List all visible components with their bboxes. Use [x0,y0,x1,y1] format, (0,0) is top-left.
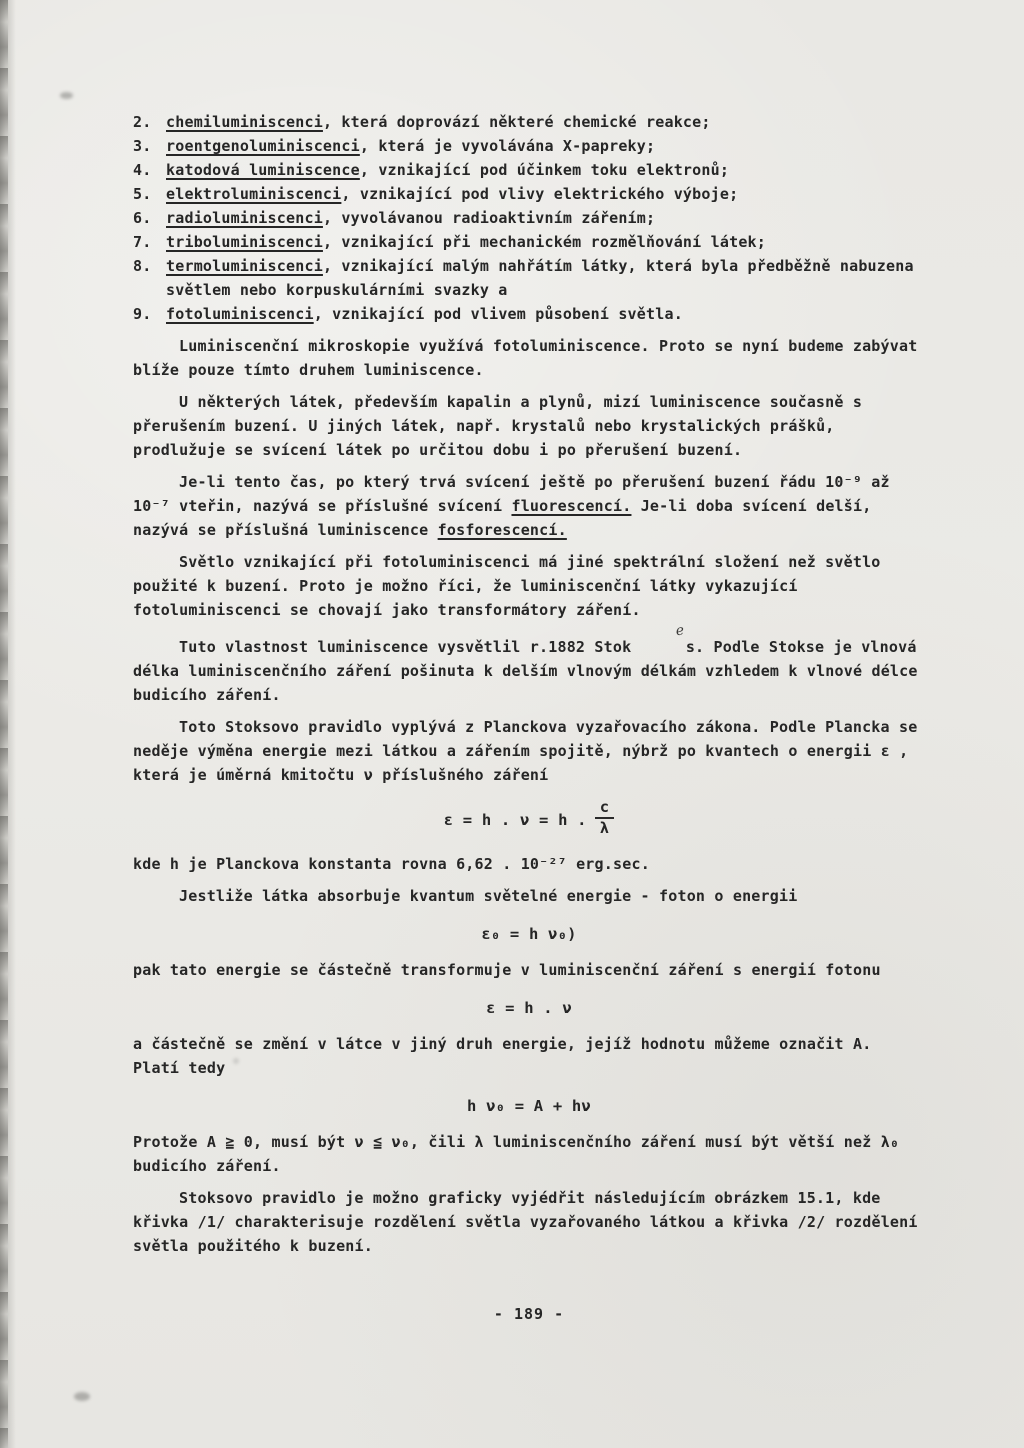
list-item-roentgenoluminescence: 3. roentgenoluminiscenci, která je vyvol… [133,134,925,158]
list-item-number: 8. [133,254,151,278]
list-item-term: termoluminiscenci [166,257,323,275]
paragraph-planck-constant: kde h je Planckova konstanta rovna 6,62 … [133,852,925,876]
list-item-thermoluminescence: 8. termoluminiscenci, vznikající malým n… [133,254,925,302]
list-item-electroluminescence: 5. elektroluminiscenci, vznikající pod v… [133,182,925,206]
document-content: 2. chemiluminiscenci, která doprovází ně… [133,110,925,1258]
list-item-number: 2. [133,110,151,134]
list-item-term: roentgenoluminiscenci [166,137,360,155]
paragraph-spectral-composition: Světlo vznikající při fotoluminiscenci m… [133,550,925,622]
fraction-c-over-lambda: cλ [595,799,615,838]
page-number: - 189 - [133,1305,925,1323]
list-item-term: chemiluminiscenci [166,113,323,131]
scan-smudge [60,92,73,99]
list-item-term: elektroluminiscenci [166,185,341,203]
list-item-photoluminescence: 9. fotoluminiscenci, vznikající pod vliv… [133,302,925,326]
list-item-text: , vznikající pod vlivem působení světla. [314,305,683,323]
list-item-number: 7. [133,230,151,254]
term-fluorescence: fluorescencí. [511,497,631,515]
paragraph-microscopy: Luminiscenční mikroskopie využívá fotolu… [133,334,925,382]
paragraph-line: a částečně se změní v látce v jiný druh … [133,1032,925,1056]
paragraph-fluorescence-phosphorescence: Je-li tento čas, po který trvá svícení j… [133,470,925,542]
fraction-numerator: c [595,799,615,817]
paragraph-segment: Tuto vlastnost luminiscence vysvětlil r.… [179,638,631,656]
list-item-term: fotoluminiscenci [166,305,314,323]
paragraph-energy-transform: pak tato energie se částečně transformuj… [133,958,925,982]
list-item-number: 6. [133,206,151,230]
paragraph-stokes-1882: Tuto vlastnost luminiscence vysvětlil r.… [133,630,925,707]
luminescence-type-list: 2. chemiluminiscenci, která doprovází ně… [133,110,925,326]
paragraph-other-energy: a částečně se změní v látce v jiný druh … [133,1032,925,1080]
formula-absorbed-photon: ε₀ = h ν₀) [133,922,925,946]
list-item-text: , vznikající při mechanickém rozmělňován… [323,233,766,251]
list-item-number: 9. [133,302,151,326]
list-item-term: radioluminiscenci [166,209,323,227]
list-item-term: katodová luminiscence [166,161,360,179]
list-item-triboluminescence: 7. triboluminiscenci, vznikající při mec… [133,230,925,254]
paragraph-planck-law: Toto Stoksovo pravidlo vyplývá z Plancko… [133,715,925,787]
paragraph-stokes-rule-graph: Stoksovo pravidlo je možno graficky vyjé… [133,1186,925,1258]
list-item-text: , vznikající pod účinkem toku elektronů; [360,161,729,179]
list-item-text: , která je vyvolávána X-papreky; [360,137,655,155]
formula-text: ε = h . ν = h . [444,811,587,829]
list-item-number: 3. [133,134,151,158]
list-item-number: 5. [133,182,151,206]
term-phosphorescence: fosforescencí. [438,521,567,539]
paragraph-wavelength-inequality: Protože A ≧ 0, musí být ν ≦ ν₀, čili λ l… [133,1130,925,1178]
list-item-text: , která doprovází některé chemické reakc… [323,113,711,131]
handwritten-correction: e [629,618,686,649]
formula-emitted-photon: ε = h . ν [133,996,925,1020]
scanned-document-page: 2. chemiluminiscenci, která doprovází ně… [0,0,1024,1448]
paragraph-excitation-interruption: U některých látek, především kapalin a p… [133,390,925,462]
list-item-term: triboluminiscenci [166,233,323,251]
list-item-chemiluminescence: 2. chemiluminiscenci, která doprovází ně… [133,110,925,134]
formula-energy-balance: h ν₀ = A + hν [133,1094,925,1118]
scan-smudge [74,1392,90,1401]
list-item-number: 4. [133,158,151,182]
list-item-text: , vznikající pod vlivy elektrického výbo… [341,185,738,203]
list-item-text: , vyvolávanou radioaktivním zářením; [323,209,655,227]
paragraph-line: Platí tedy [133,1056,925,1080]
formula-planck-energy: ε = h . ν = h .cλ [133,801,925,840]
list-item-cathodoluminescence: 4. katodová luminiscence, vznikající pod… [133,158,925,182]
list-item-radioluminescence: 6. radioluminiscenci, vyvolávanou radioa… [133,206,925,230]
scan-left-edge-texture [0,0,8,1448]
paragraph-photon-absorption: Jestliže látka absorbuje kvantum světeln… [133,884,925,908]
fraction-denominator: λ [595,817,615,838]
